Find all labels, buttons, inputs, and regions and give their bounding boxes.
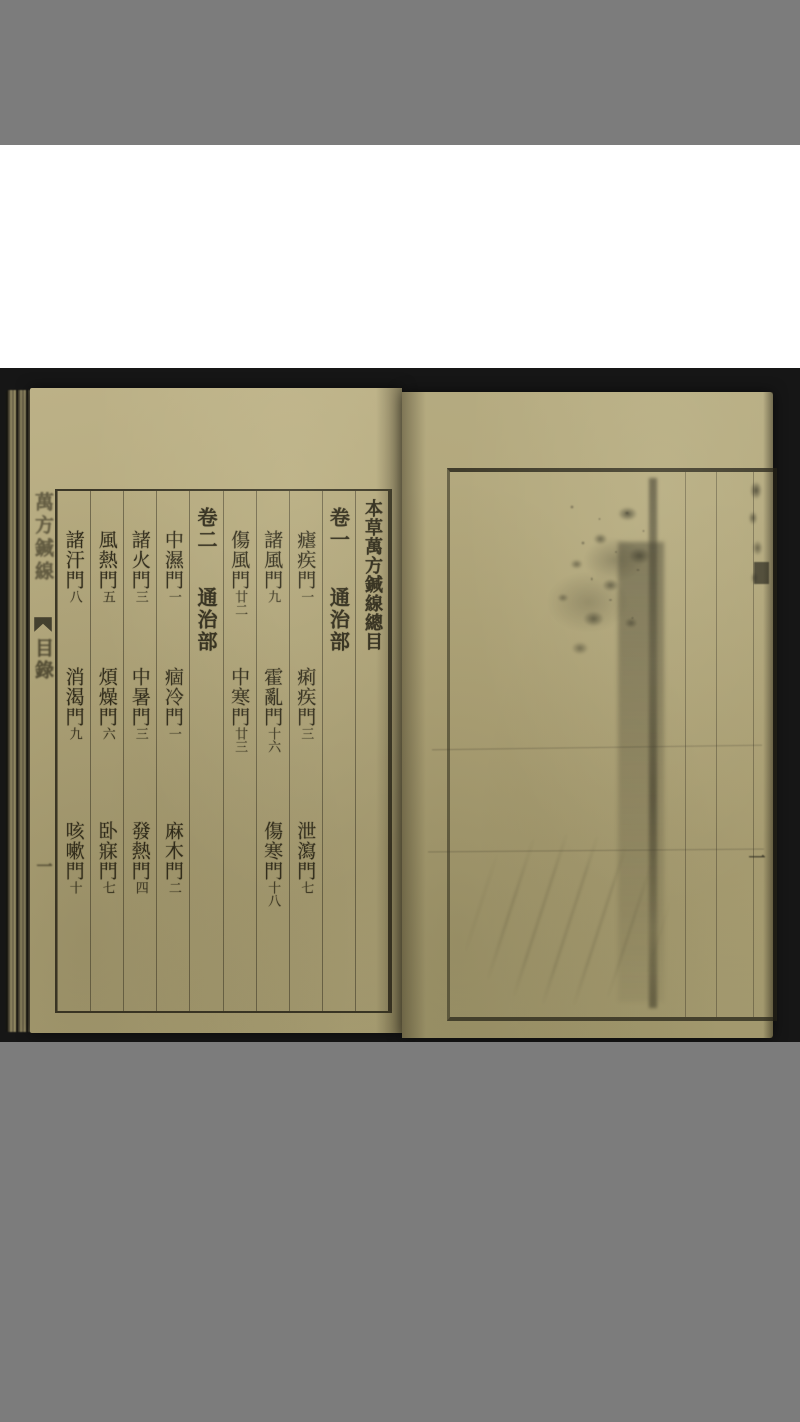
entry-page-number: 一 <box>166 590 181 603</box>
entry-page-number: 七 <box>298 881 313 894</box>
entry-name: 發熱門 <box>129 821 151 881</box>
book-scan-photo: 萬方鍼線 目錄 一 本草萬方鍼線總目卷一通治部瘧疾門一痢疾門三泄瀉門七諸風門九霍… <box>0 368 800 1042</box>
toc-column-9: 風熱門五煩燥門六卧寐門七 <box>90 491 123 1011</box>
entry-page-number: 九 <box>265 590 280 603</box>
entry-page-number: 三 <box>298 727 313 740</box>
entry-name: 痢疾門 <box>294 667 316 727</box>
toc-entry: 煩燥門六 <box>94 667 121 740</box>
entry-name: 諸汗門 <box>63 530 85 590</box>
toc-column-2: 卷一通治部 <box>322 491 355 1011</box>
banxin-page-number: 一 <box>32 858 55 874</box>
toc-entry: 痼冷門一 <box>160 667 187 740</box>
banxin-column: 萬方鍼線 目錄 一 <box>30 486 57 1026</box>
toc-column-3: 瘧疾門一痢疾門三泄瀉門七 <box>289 491 322 1011</box>
volume-part-label: 通治部 <box>324 587 353 653</box>
white-margin <box>0 145 800 368</box>
toc-entry: 瘧疾門一 <box>292 530 319 603</box>
entry-page-number: 廿三 <box>232 727 247 753</box>
toc-frame: 本草萬方鍼線總目卷一通治部瘧疾門一痢疾門三泄瀉門七諸風門九霍亂門十六傷寒門十八傷… <box>55 489 392 1013</box>
entry-name: 傷風門 <box>228 530 250 590</box>
entry-page-number: 七 <box>100 881 115 894</box>
entry-page-number: 九 <box>67 727 82 740</box>
fishtail-icon <box>34 617 52 632</box>
toc-entry: 泄瀉門七 <box>292 821 319 894</box>
entry-page-number: 十 <box>67 881 82 894</box>
entry-page-number: 三 <box>133 590 148 603</box>
toc-column-4: 諸風門九霍亂門十六傷寒門十八 <box>256 491 289 1011</box>
entry-page-number: 一 <box>166 727 181 740</box>
toc-column-5: 傷風門廿二中寒門廿三 <box>223 491 256 1011</box>
entry-name: 霍亂門 <box>261 667 283 727</box>
volume-part-label: 通治部 <box>192 587 221 653</box>
entry-page-number: 十六 <box>265 727 280 753</box>
toc-column-6: 卷二通治部 <box>189 491 222 1011</box>
toc-entry: 咳嗽門十 <box>61 821 88 894</box>
letterbox-bottom <box>0 1042 800 1422</box>
page-root: 萬方鍼線 目錄 一 本草萬方鍼線總目卷一通治部瘧疾門一痢疾門三泄瀉門七諸風門九霍… <box>0 0 800 1422</box>
entry-name: 中濕門 <box>162 530 184 590</box>
toc-entry: 麻木門二 <box>160 821 187 894</box>
entry-page-number: 八 <box>67 590 82 603</box>
gutter-shadow-right <box>402 392 426 1038</box>
toc-entry: 消渴門九 <box>61 667 88 740</box>
entry-name: 泄瀉門 <box>294 821 316 881</box>
ink-streaks <box>452 825 679 1015</box>
volume-label: 卷一 <box>324 507 353 551</box>
toc-entry: 傷風門廿二 <box>226 530 253 616</box>
entry-page-number: 廿二 <box>232 590 247 616</box>
toc-entry: 風熱門五 <box>94 530 121 603</box>
banxin-section-label: 目錄 <box>30 638 57 682</box>
toc-entry: 中寒門廿三 <box>226 667 253 753</box>
entry-name: 傷寒門 <box>261 821 283 881</box>
entry-page-number: 六 <box>100 727 115 740</box>
entry-name: 諸火門 <box>129 530 151 590</box>
entry-page-number: 三 <box>133 727 148 740</box>
banxin-title: 萬方鍼線 <box>30 492 57 584</box>
entry-name: 中暑門 <box>129 667 151 727</box>
entry-name: 諸風門 <box>261 530 283 590</box>
right-fold-shadow <box>763 392 773 1038</box>
entry-page-number: 十八 <box>265 881 280 907</box>
entry-page-number: 一 <box>298 590 313 603</box>
entry-name: 卧寐門 <box>96 821 118 881</box>
toc-entry: 諸火門三 <box>127 530 154 603</box>
toc-entry: 霍亂門十六 <box>259 667 286 753</box>
entry-name: 中寒門 <box>228 667 250 727</box>
toc-entry: 中濕門一 <box>160 530 187 603</box>
toc-entry: 傷寒門十八 <box>259 821 286 907</box>
entry-name: 煩燥門 <box>96 667 118 727</box>
entry-name: 咳嗽門 <box>63 821 85 881</box>
toc-column-7: 中濕門一痼冷門一麻木門二 <box>156 491 189 1011</box>
toc-entry: 痢疾門三 <box>292 667 319 740</box>
letterbox-top <box>0 0 800 145</box>
left-page: 萬方鍼線 目錄 一 本草萬方鍼線總目卷一通治部瘧疾門一痢疾門三泄瀉門七諸風門九霍… <box>30 388 402 1033</box>
gutter-shadow-left <box>376 388 402 1033</box>
toc-column-10: 諸汗門八消渴門九咳嗽門十 <box>57 491 90 1011</box>
entry-name: 消渴門 <box>63 667 85 727</box>
toc-entry: 諸風門九 <box>259 530 286 603</box>
entry-name: 瘧疾門 <box>294 530 316 590</box>
entry-page-number: 二 <box>166 881 181 894</box>
entry-page-number: 四 <box>133 881 148 894</box>
entry-page-number: 五 <box>100 590 115 603</box>
toc-entry: 卧寐門七 <box>94 821 121 894</box>
entry-name: 痼冷門 <box>162 667 184 727</box>
entry-name: 風熱門 <box>96 530 118 590</box>
toc-entry: 發熱門四 <box>127 821 154 894</box>
toc-entry: 中暑門三 <box>127 667 154 740</box>
right-page: 一 <box>402 392 773 1038</box>
toc-entry: 諸汗門八 <box>61 530 88 603</box>
volume-label: 卷二 <box>192 507 221 551</box>
entry-name: 麻木門 <box>162 821 184 881</box>
toc-column-8: 諸火門三中暑門三發熱門四 <box>123 491 156 1011</box>
column-rule <box>685 472 686 1017</box>
